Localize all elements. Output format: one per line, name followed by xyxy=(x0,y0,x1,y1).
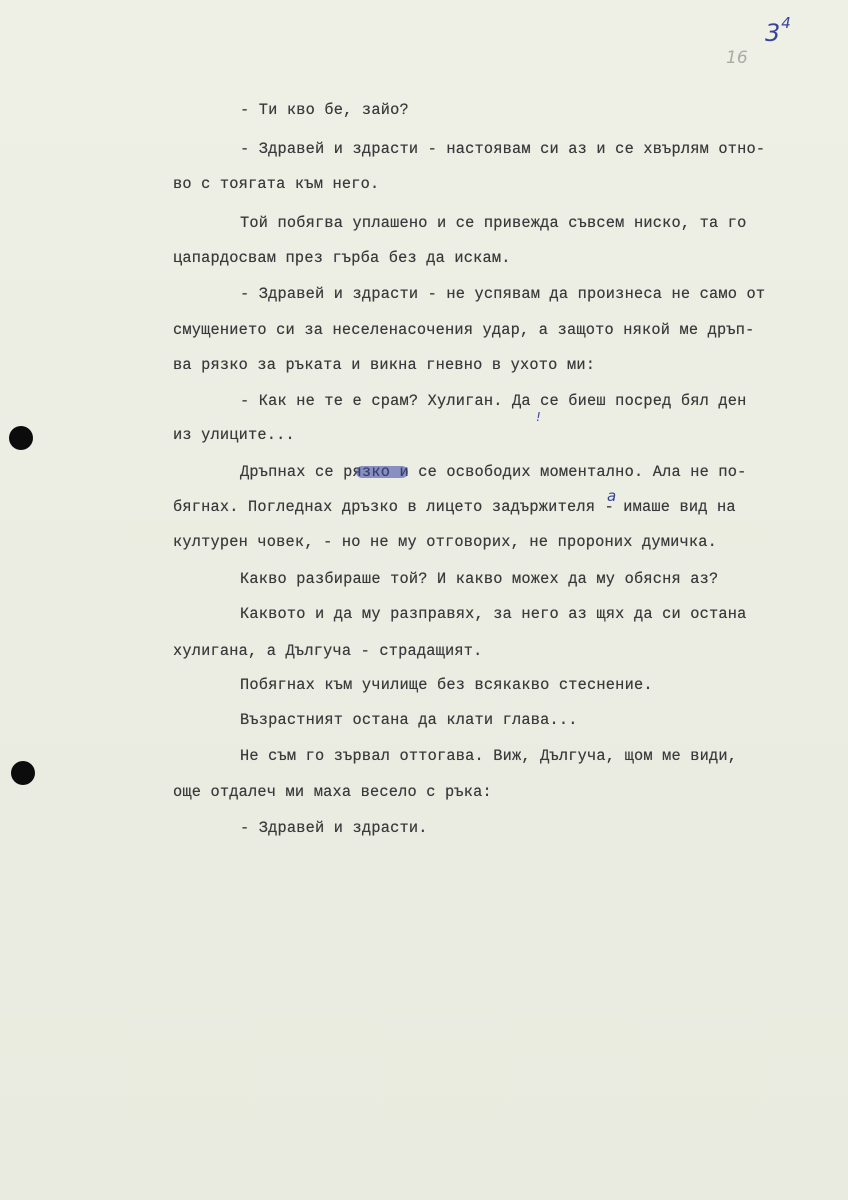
text-line: още отдалеч ми маха весело с ръка: xyxy=(173,782,492,802)
page-number-main: 3 xyxy=(765,19,781,47)
handwritten-page-number: 34 xyxy=(765,18,792,47)
text-line: културен човек, - но не му отговорих, не… xyxy=(173,532,717,552)
text-line: - Ти кво бе, зайо? xyxy=(240,100,409,120)
text-line: Какво разбираше той? И какво можех да му… xyxy=(240,569,718,589)
text-line: - Здравей и здрасти. xyxy=(240,818,428,838)
text-line: смущението си за неceленасочения удар, а… xyxy=(173,320,755,340)
text-line: Възрастният остана да клати глава... xyxy=(240,710,578,730)
text-line: - Как не те е срам? Хулиган. Да се биеш … xyxy=(240,391,747,411)
pen-insertion: а xyxy=(607,487,616,505)
text-line: Побягнах към училище без всякакво стесне… xyxy=(240,675,653,695)
pen-mark: ! xyxy=(536,410,541,424)
text-line: Каквото и да му разправях, за него аз щя… xyxy=(240,604,747,624)
text-line: - Здравей и здрасти - не успявам да прои… xyxy=(240,284,765,304)
page-number-sup: 4 xyxy=(781,14,792,32)
text-line: из улиците... xyxy=(173,425,295,445)
text-line: Дръпнах се рязко и се освободих моментал… xyxy=(240,462,747,482)
text-line: бягнах. Погледнах дръзко в лицето задърж… xyxy=(173,497,736,517)
text-line: хулигана, а Дългуча - страдащият. xyxy=(173,641,483,661)
punch-hole xyxy=(9,426,33,450)
typewritten-page: 34 16 - Ти кво бе, зайо?- Здравей и здра… xyxy=(0,0,848,1200)
text-line: Не съм го зървал оттогава. Виж, Дългуча,… xyxy=(240,746,737,766)
text-line: ва рязко за ръката и викна гневно в ухот… xyxy=(173,355,595,375)
punch-hole xyxy=(11,761,35,785)
text-line: Той побягва уплашено и се привежда съвсе… xyxy=(240,213,747,233)
text-line: цапардосвам през гърба без да искам. xyxy=(173,248,511,268)
text-line: - Здравей и здрасти - настоявам си аз и … xyxy=(240,139,765,159)
text-line: во с тоягата към него. xyxy=(173,174,379,194)
pen-strikethrough xyxy=(356,466,408,478)
pencil-page-number: 16 xyxy=(726,48,748,68)
